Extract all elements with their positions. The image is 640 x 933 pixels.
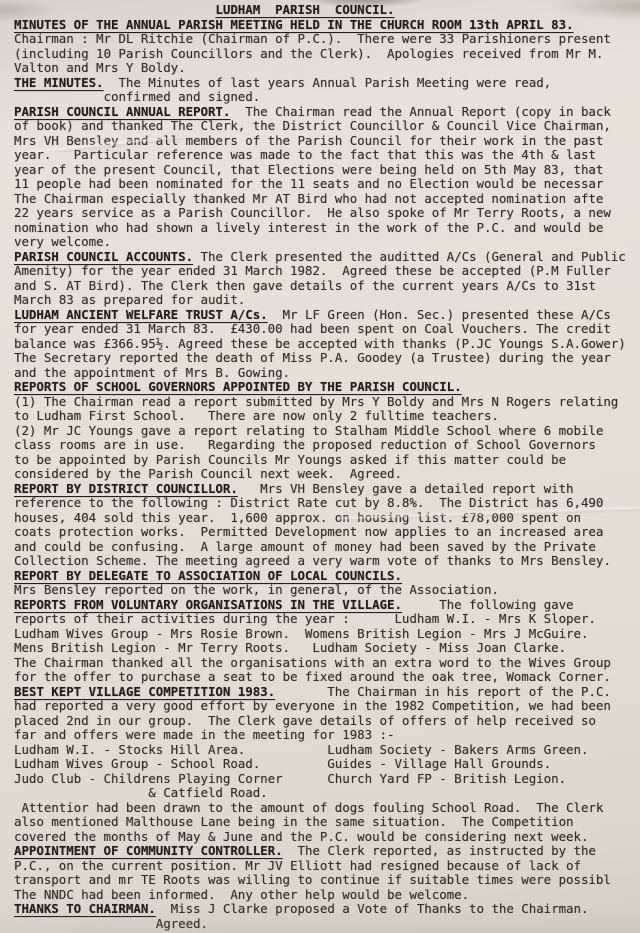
section-heading: LUDHAM ANCIENT WELFARE TRUST A/Cs. [14, 307, 268, 322]
text-line: MINUTES OF THE ANNUAL PARISH MEETING HEL… [14, 18, 640, 33]
text-line: covered the months of May & June and the… [14, 830, 640, 845]
text-line: very welcome. [14, 235, 640, 250]
text-line: Chairman : Mr DL Ritchie (Chairman of P.… [14, 32, 640, 47]
text-line: Ludham Wives Group - Mrs Rosie Brown. Wo… [14, 627, 640, 642]
text-line: The Secretary reported the death of Miss… [14, 351, 640, 366]
text-line: also mentioned Malthouse Lane being in t… [14, 815, 640, 830]
text-line: class rooms are in use. Regarding the pr… [14, 438, 640, 453]
text-line: Mrs VH Bensley and all members of the Pa… [14, 134, 640, 149]
text-line: Mens British Legion - Mr Terry Roots. Lu… [14, 641, 640, 656]
text-line: LUDHAM ANCIENT WELFARE TRUST A/Cs. Mr LF… [14, 308, 640, 323]
text-line: REPORT BY DELEGATE TO ASSOCIATION OF LOC… [14, 569, 640, 584]
text-line: The NNDC had been informed. Any other he… [14, 888, 640, 903]
text-line: reference to the following : District Ra… [14, 496, 640, 511]
text-line: for the offer to purchase a seat to be f… [14, 670, 640, 685]
section-heading: THANKS TO CHAIRMAN. [14, 901, 156, 916]
text-line: and S. AT Bird). The Clerk then gave det… [14, 279, 640, 294]
text-line: and the appointment of Mrs B. Gowing. [14, 366, 640, 381]
text-line: LUDHAM PARISH COUNCIL. [14, 3, 640, 18]
text-line: REPORT BY DISTRICT COUNCILLOR. Mrs VH Be… [14, 482, 640, 497]
text-line: Mrs Bensley reported on the work, in gen… [14, 583, 640, 598]
text-line: 22 years service as a Parish Councillor.… [14, 206, 640, 221]
text-line: for year ended 31 March 83. £430.00 had … [14, 322, 640, 337]
text-line: & Catfield Road. [14, 786, 640, 801]
text-line: far and offers were made in the meeting … [14, 728, 640, 743]
section-heading: APPOINTMENT OF COMMUNITY CONTROLLER. [14, 843, 283, 858]
text-line: placed 2nd in our group. The Clerk gave … [14, 714, 640, 729]
section-heading: REPORTS FROM VOLUNTARY ORGANISATIONS IN … [14, 597, 402, 612]
text-line: reports of their activities during the y… [14, 612, 640, 627]
text-line: APPOINTMENT OF COMMUNITY CONTROLLER. The… [14, 844, 640, 859]
text-line: year of the present Council, that Electi… [14, 163, 640, 178]
text-line: 11 people had been nominated for the 11 … [14, 177, 640, 192]
text-line: THANKS TO CHAIRMAN. Miss J Clarke propos… [14, 902, 640, 917]
text-line: Ludham W.I. - Stocks Hill Area. Ludham S… [14, 743, 640, 758]
text-line: Agreed. [14, 917, 640, 932]
text-line: transport and mr TE Roots was willing to… [14, 873, 640, 888]
text-line: BEST KEPT VILLAGE COMPETITION 1983. The … [14, 685, 640, 700]
text-line: had reported a very good effort by every… [14, 699, 640, 714]
text-line: PARISH COUNCIL ANNUAL REPORT. The Chairm… [14, 105, 640, 120]
scanned-minutes-page: LUDHAM PARISH COUNCIL.MINUTES OF THE ANN… [0, 0, 640, 933]
text-line: March 83 as prepared for audit. [14, 293, 640, 308]
section-heading: LUDHAM PARISH COUNCIL. [215, 2, 394, 17]
section-heading: PARISH COUNCIL ANNUAL REPORT. [14, 104, 230, 119]
text-line: P.C., on the current position. Mr JV Ell… [14, 859, 640, 874]
text-line: REPORTS FROM VOLUNTARY ORGANISATIONS IN … [14, 598, 640, 613]
section-heading: REPORTS OF SCHOOL GOVERNORS APPOINTED BY… [14, 379, 462, 394]
text-line: considered by the Parish Council next we… [14, 467, 640, 482]
text-line: Valton and Mrs Y Boldy. [14, 61, 640, 76]
text-line: PARISH COUNCIL ACCOUNTS. The Clerk prese… [14, 250, 640, 265]
text-line: (2) Mr JC Youngs gave a report relating … [14, 424, 640, 439]
text-line: Judo Club - Childrens Playing Corner Chu… [14, 772, 640, 787]
text-line: houses, 404 sold this year. 1,600 approx… [14, 511, 640, 526]
text-line: to be appointed by Parish Councils Mr Yo… [14, 453, 640, 468]
section-heading: PARISH COUNCIL ACCOUNTS. [14, 249, 193, 264]
text-line: REPORTS OF SCHOOL GOVERNORS APPOINTED BY… [14, 380, 640, 395]
section-heading: REPORT BY DELEGATE TO ASSOCIATION OF LOC… [14, 568, 402, 583]
text-line: (1) The Chairman read a report submitted… [14, 395, 640, 410]
section-heading: BEST KEPT VILLAGE COMPETITION 1983. [14, 684, 275, 699]
text-line: The Chairman especially thanked Mr AT Bi… [14, 192, 640, 207]
document-body: LUDHAM PARISH COUNCIL.MINUTES OF THE ANN… [14, 3, 640, 931]
text-line: of book) and thanked The Clerk, the Dist… [14, 119, 640, 134]
text-line: coats protection works. Permitted Develo… [14, 525, 640, 540]
text-line: confirmed and signed. [14, 90, 640, 105]
text-line: THE MINUTES. The Minutes of last years A… [14, 76, 640, 91]
section-heading: THE MINUTES. [14, 75, 104, 90]
text-line: Collection Scheme. The meeting agreed a … [14, 554, 640, 569]
text-line: nomination who had shown a lively intere… [14, 221, 640, 236]
text-line: and could be confusing. A large amount o… [14, 540, 640, 555]
text-line: Amenity) for the year ended 31 March 198… [14, 264, 640, 279]
text-line: The Chairman thanked all the organisatio… [14, 656, 640, 671]
text-line: Attentior had been drawn to the amount o… [14, 801, 640, 816]
text-line: year. Particular reference was made to t… [14, 148, 640, 163]
text-line: Ludham Wives Group - School Road. Guides… [14, 757, 640, 772]
section-heading: REPORT BY DISTRICT COUNCILLOR. [14, 481, 238, 496]
text-line: balance was £366.95½. Agreed these be ac… [14, 337, 640, 352]
text-line: to Ludham First School. There are now on… [14, 409, 640, 424]
text-line: (including 10 Parish Councillors and the… [14, 47, 640, 62]
section-heading: MINUTES OF THE ANNUAL PARISH MEETING HEL… [14, 17, 574, 32]
